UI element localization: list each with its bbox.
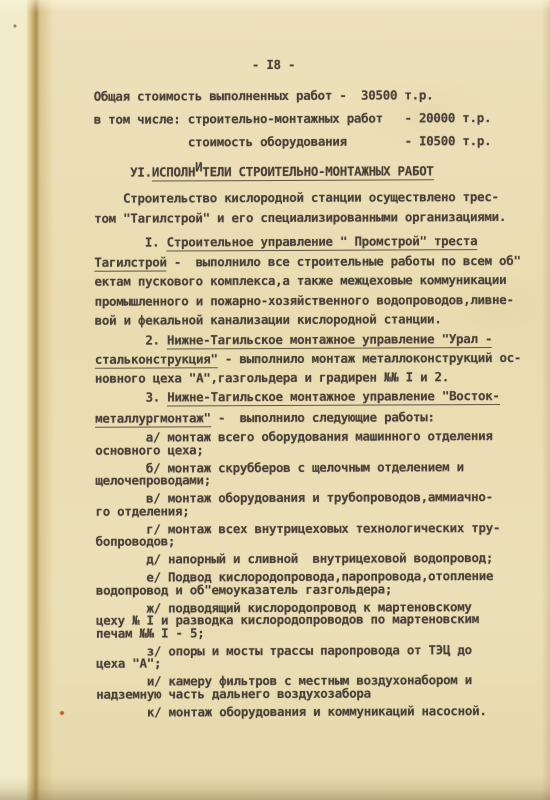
list-item: и/ камеру фильтров с местным воздухонабо… xyxy=(96,674,501,701)
list-item: г/ монтаж всех внутрицеховых технологиче… xyxy=(96,522,501,549)
text-segment: промышленного и пожарно-хозяйственного в… xyxy=(95,291,514,308)
text-segment: щелочепроводами; xyxy=(95,472,211,488)
underlined-text: Строительное управление " Промстрой" тре… xyxy=(167,233,478,251)
list-item: е/ Подвод кислородопровода,паропровода,о… xyxy=(96,570,501,597)
text-line: Строительство кислородной станции осущес… xyxy=(94,187,506,208)
text-line: щелочепроводами; xyxy=(95,473,500,487)
underlined-text: Нижне-Тагильское монтажное управление "В… xyxy=(167,388,499,406)
text-line: 3. Нижне-Тагильское монтажное управление… xyxy=(95,385,500,408)
page-number: - І8 - xyxy=(0,56,549,73)
text-segment: - выполнило следующие работы: xyxy=(211,409,435,425)
underlined-text: Тагилстрой xyxy=(94,254,166,271)
text-segment: вой и фекальной канализации кислородной … xyxy=(95,311,442,328)
text-segment: Строительство кислородной станции осущес… xyxy=(94,189,499,206)
text-segment: цеха "А"; xyxy=(96,655,161,670)
list-item: з/ опоры и мосты трассы паропровода от Т… xyxy=(96,644,501,671)
underlined-text: стальконструкция" xyxy=(95,351,218,369)
text-line: вой и фекальной канализации кислородной … xyxy=(95,309,521,330)
list-item: а/ монтаж всего оборудования машинного о… xyxy=(95,430,500,457)
text-line: промышленного и пожарно-хозяйственного в… xyxy=(95,289,521,310)
text-line: ектам пускового комплекса,а также межцех… xyxy=(94,270,520,291)
text-line: го отделения; xyxy=(95,504,500,518)
text-segment: - выполнило монтаж металлоконструкций ос… xyxy=(218,350,522,366)
work-items-list: а/ монтаж всего оборудования машинного о… xyxy=(95,430,501,724)
text-line: том "Тагилстрой" и его специализированны… xyxy=(94,206,506,227)
text-line: водопровод и об"емоуказатель газгольдера… xyxy=(96,583,501,597)
text-segment: д/ напорный и сливной внутрицеховой водо… xyxy=(96,550,493,567)
text-segment: основного цеха; xyxy=(95,442,203,457)
text-line: І. Строительное управление " Промстрой" … xyxy=(94,231,520,252)
text-line: д/ напорный и сливной внутрицеховой водо… xyxy=(96,552,501,566)
text-segment: том "Тагилстрой" и его специализированны… xyxy=(94,208,506,225)
section-title-text: ТЕЛИ СТРОИТЕЛЬНО-МОНТАЖНЫХ РАБОТ xyxy=(202,163,433,179)
text-line: металлургмонтаж" - выполнило следующие р… xyxy=(95,406,500,429)
section-title-text: ИСПОЛН xyxy=(152,164,195,179)
text-segment: бопроводов; xyxy=(96,533,176,548)
section-number: УІ. xyxy=(94,165,152,180)
section-heading: УІ.ИСПОЛНИТЕЛИ СТРОИТЕЛЬНО-МОНТАЖНЫХ РАБ… xyxy=(94,163,434,179)
list-item: в/ монтаж оборудования и трубопроводов,а… xyxy=(95,491,500,518)
text-segment: І. xyxy=(94,234,166,249)
typewritten-content: - І8 - Общая стоимость выполненных работ… xyxy=(0,0,550,800)
text-segment: 2. xyxy=(95,332,167,347)
costs-block: Общая стоимость выполненных работ - 3050… xyxy=(94,83,492,154)
text-line: цеха "А"; xyxy=(96,656,501,670)
text-line: надземную часть дальнего воздухозабора xyxy=(96,687,501,701)
text-line: печам №№ І - 5; xyxy=(96,626,501,640)
list-item: к/ монтаж оборудования и коммуникаций на… xyxy=(96,705,501,719)
text-line: к/ монтаж оборудования и коммуникаций на… xyxy=(96,705,501,719)
text-line: стальконструкция" - выполнило монтаж мет… xyxy=(95,348,521,369)
text-segment: ектам пускового комплекса,а также межцех… xyxy=(94,272,506,289)
paragraph-2-uralstalkonstruktsiya: 2. Нижне-Тагильское монтажное управление… xyxy=(95,329,522,388)
text-line: основного цеха; xyxy=(95,443,500,457)
text-segment: го отделения; xyxy=(95,503,189,518)
underlined-text: Нижне-Тагильское монтажное управление "У… xyxy=(167,331,492,349)
list-item: ж/ подводящий кислородопровод к мартенов… xyxy=(96,601,501,640)
typo-correction-letter: И xyxy=(195,159,202,174)
text-line: бопроводов; xyxy=(96,534,501,548)
text-segment: печам №№ І - 5; xyxy=(96,625,204,640)
construction-cost-line: в том числе: строительно-монтажных работ… xyxy=(94,106,492,131)
underlined-text: металлургмонтаж" xyxy=(95,410,211,428)
section-title: ИСПОЛНИТЕЛИ СТРОИТЕЛЬНО-МОНТАЖНЫХ РАБОТ xyxy=(152,163,434,181)
paragraph-1-promstroy: І. Строительное управление " Промстрой" … xyxy=(94,231,521,330)
text-segment: водопровод и об"емоуказатель газгольдера… xyxy=(96,581,392,597)
text-segment: к/ монтаж оборудования и коммуникаций на… xyxy=(96,703,486,720)
equipment-cost-line: стоимость оборудования - І0500 т.р. xyxy=(94,129,492,154)
list-item: д/ напорный и сливной внутрицеховой водо… xyxy=(96,552,501,566)
scanned-document-page: - І8 - Общая стоимость выполненных работ… xyxy=(0,0,550,800)
intro-paragraph: Строительство кислородной станции осущес… xyxy=(94,187,506,228)
text-segment: - выполнило все строительные работы по в… xyxy=(167,252,521,269)
text-segment: надземную часть дальнего воздухозабора xyxy=(96,685,371,701)
total-cost-line: Общая стоимость выполненных работ - 3050… xyxy=(94,83,492,108)
text-line: 2. Нижне-Тагильское монтажное управление… xyxy=(95,329,521,350)
text-line: Тагилстрой - выполнило все строительные … xyxy=(94,250,520,271)
text-segment: 3. xyxy=(95,389,167,404)
text-segment: новного цеха "А",газгольдера и градирен … xyxy=(95,369,449,386)
paragraph-3-vostokmetallurgmontazh: 3. Нижне-Тагильское монтажное управление… xyxy=(95,385,500,429)
list-item: б/ монтаж скрубберов с щелочным отделени… xyxy=(95,461,500,488)
